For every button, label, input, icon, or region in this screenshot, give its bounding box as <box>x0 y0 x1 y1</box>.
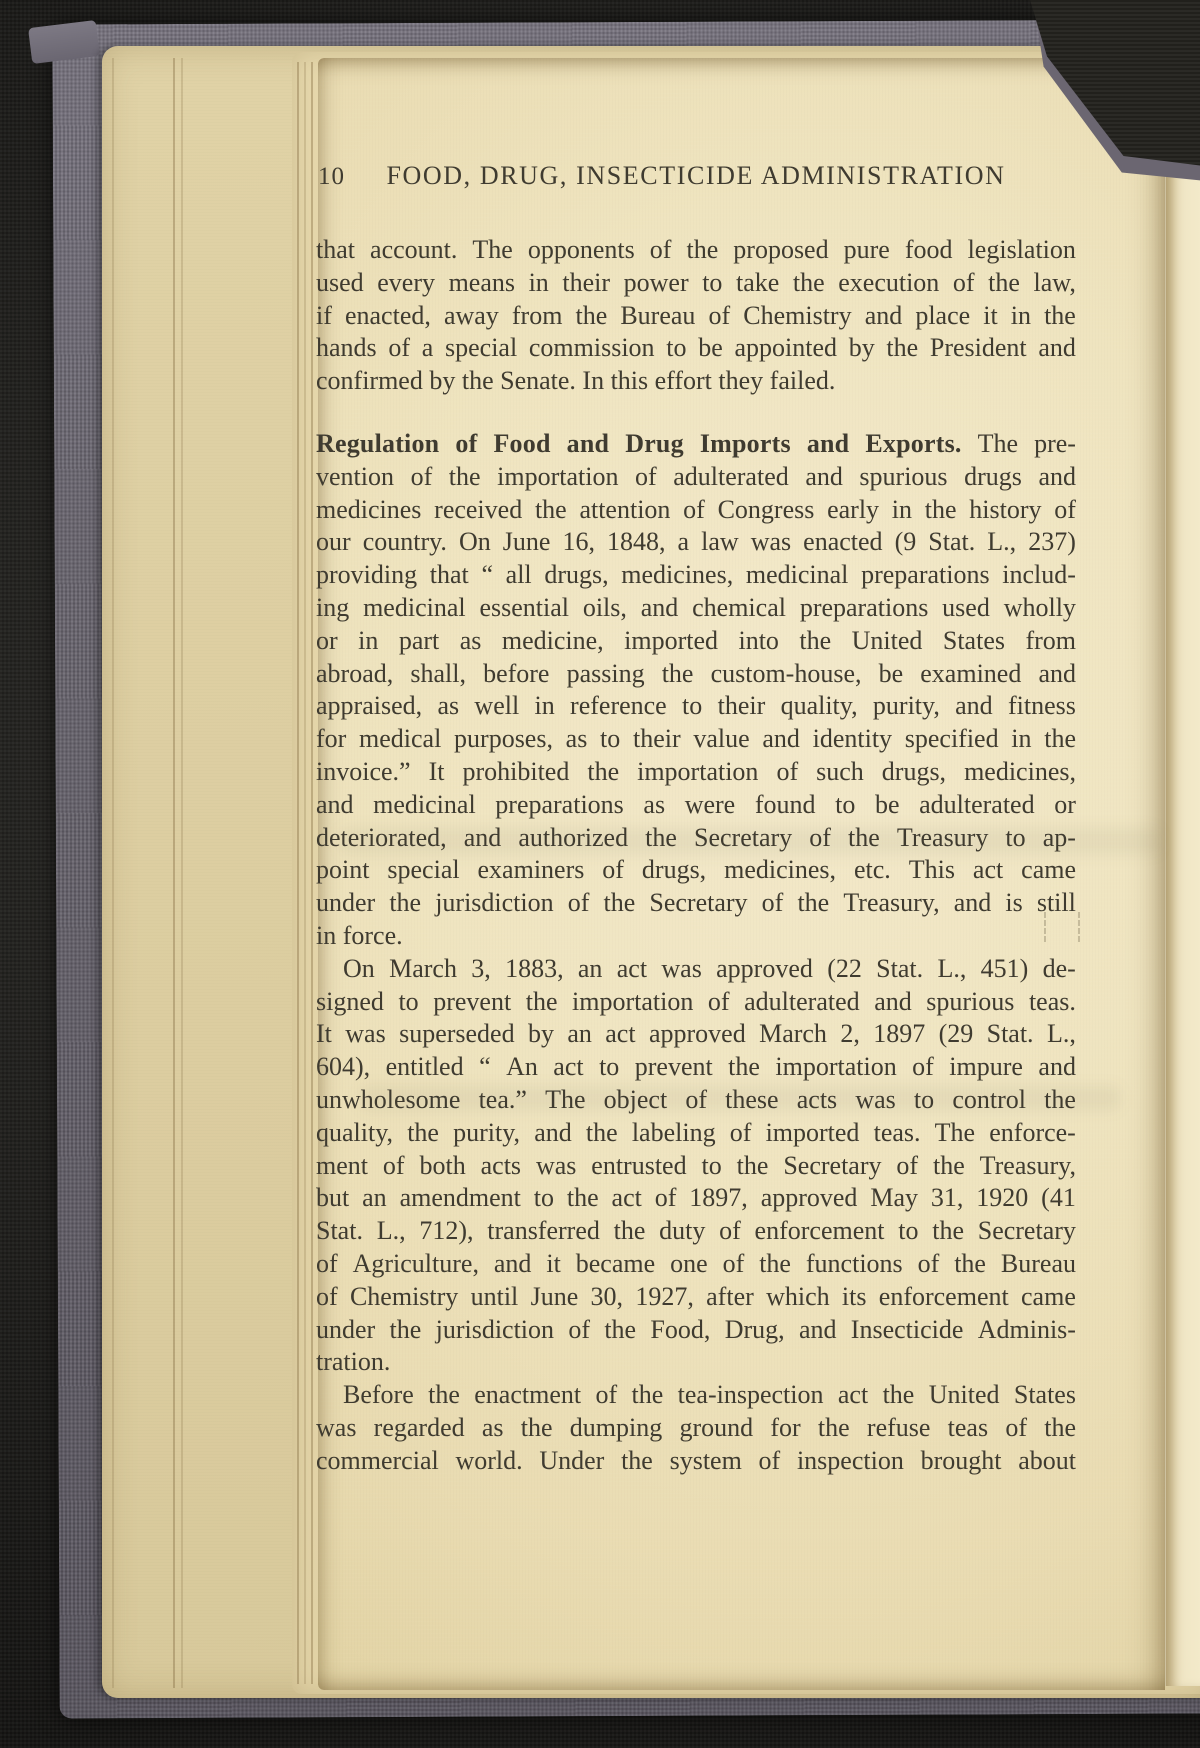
text-line: ourcountry.OnJune16,1848,alawwasenacted(… <box>316 526 1076 559</box>
text-line: confirmed by the Senate. In this effort … <box>316 365 1076 398</box>
text-line: ofAgriculture,anditbecameoneofthefunctio… <box>316 1248 1076 1281</box>
text-line: ventionoftheimportationofadulteratedands… <box>316 461 1076 494</box>
page-edge-ridge <box>311 62 313 1684</box>
text-line: tration. <box>316 1346 1076 1379</box>
text-line: ifenacted,awayfromtheBureauofChemistryan… <box>316 300 1076 333</box>
text-line: providingthat“alldrugs,medicines,medicin… <box>316 559 1076 592</box>
page-number: 10 <box>318 163 345 191</box>
text-line: medicinesreceivedtheattentionofCongresse… <box>316 494 1076 527</box>
scanned-book-photo: 10 FOOD, DRUG, INSECTICIDE ADMINISTRATIO… <box>0 0 1200 1748</box>
print-artifact-marks <box>1042 912 1088 944</box>
text-line: OnMarch3,1883,anactwasapproved(22Stat.L.… <box>316 953 1076 986</box>
page-edge-ridge <box>173 58 175 1688</box>
text-line: butanamendmenttotheactof1897,approvedMay… <box>316 1182 1076 1215</box>
text-line: RegulationofFoodandDrugImportsandExports… <box>316 428 1076 461</box>
page-content: 10 FOOD, DRUG, INSECTICIDE ADMINISTRATIO… <box>316 158 1076 1477</box>
running-header-title: FOOD, DRUG, INSECTICIDE ADMINISTRATION <box>316 158 1076 191</box>
text-line: orinpartasmedicine,importedintotheUnited… <box>316 625 1076 658</box>
text-line: quality,thepurity,andthelabelingofimport… <box>316 1117 1076 1150</box>
page-body: thataccount.Theopponentsoftheproposedpur… <box>316 234 1076 1477</box>
text-line: 604),entitled“Anacttopreventtheimportati… <box>316 1051 1076 1084</box>
text-line: signedtopreventtheimportationofadulterat… <box>316 986 1076 1019</box>
paragraph: thataccount.Theopponentsoftheproposedpur… <box>316 234 1076 398</box>
text-line: commercialworld.Underthesystemofinspecti… <box>316 1445 1076 1478</box>
paragraph: Beforetheenactmentofthetea-inspectionact… <box>316 1379 1076 1477</box>
text-line: abroad,shall,beforepassingthecustom-hous… <box>316 658 1076 691</box>
paragraph: OnMarch3,1883,anactwasapproved(22Stat.L.… <box>316 953 1076 1379</box>
text-line: deteriorated,andauthorizedtheSecretaryof… <box>316 822 1076 855</box>
text-line: in force. <box>316 920 1076 953</box>
text-line: ingmedicinalessentialoils,andchemicalpre… <box>316 592 1076 625</box>
text-line: mentofbothactswasentrustedtotheSecretary… <box>316 1150 1076 1183</box>
text-line: formedicalpurposes,astotheirvalueandiden… <box>316 723 1076 756</box>
running-header-row: 10 FOOD, DRUG, INSECTICIDE ADMINISTRATIO… <box>316 158 1076 194</box>
text-line: pointspecialexaminersofdrugs,medicines,e… <box>316 854 1076 887</box>
page-edge-ridge <box>304 62 306 1684</box>
gutter-page-curve <box>1165 64 1200 1686</box>
text-line: Stat.L.,712),transferredthedutyofenforce… <box>316 1215 1076 1248</box>
paragraph: RegulationofFoodandDrugImportsandExports… <box>316 428 1076 953</box>
page-edge-ridge <box>112 58 114 1688</box>
text-line: wasregardedasthedumpinggroundfortherefus… <box>316 1412 1076 1445</box>
page-edge-ridge <box>297 62 299 1684</box>
text-line: invoice.”Itprohibitedtheimportationofsuc… <box>316 756 1076 789</box>
text-line: Beforetheenactmentofthetea-inspectionact… <box>316 1379 1076 1412</box>
text-line: thataccount.Theopponentsoftheproposedpur… <box>316 234 1076 267</box>
text-line: ItwassupersededbyanactapprovedMarch2,189… <box>316 1018 1076 1051</box>
text-line: underthejurisdictionoftheFood,Drug,andIn… <box>316 1314 1076 1347</box>
text-line: unwholesometea.”Theobjectoftheseactswast… <box>316 1084 1076 1117</box>
page-edge-ridge <box>181 58 183 1688</box>
text-line: underthejurisdictionoftheSecretaryoftheT… <box>316 887 1076 920</box>
text-line: ofChemistryuntilJune30,1927,afterwhichit… <box>316 1281 1076 1314</box>
text-line: appraised,aswellinreferencetotheirqualit… <box>316 690 1076 723</box>
text-line: andmedicinalpreparationsaswerefoundtobea… <box>316 789 1076 822</box>
text-line: handsofaspecialcommissiontobeappointedby… <box>316 332 1076 365</box>
text-line: usedeverymeansintheirpowertotaketheexecu… <box>316 267 1076 300</box>
